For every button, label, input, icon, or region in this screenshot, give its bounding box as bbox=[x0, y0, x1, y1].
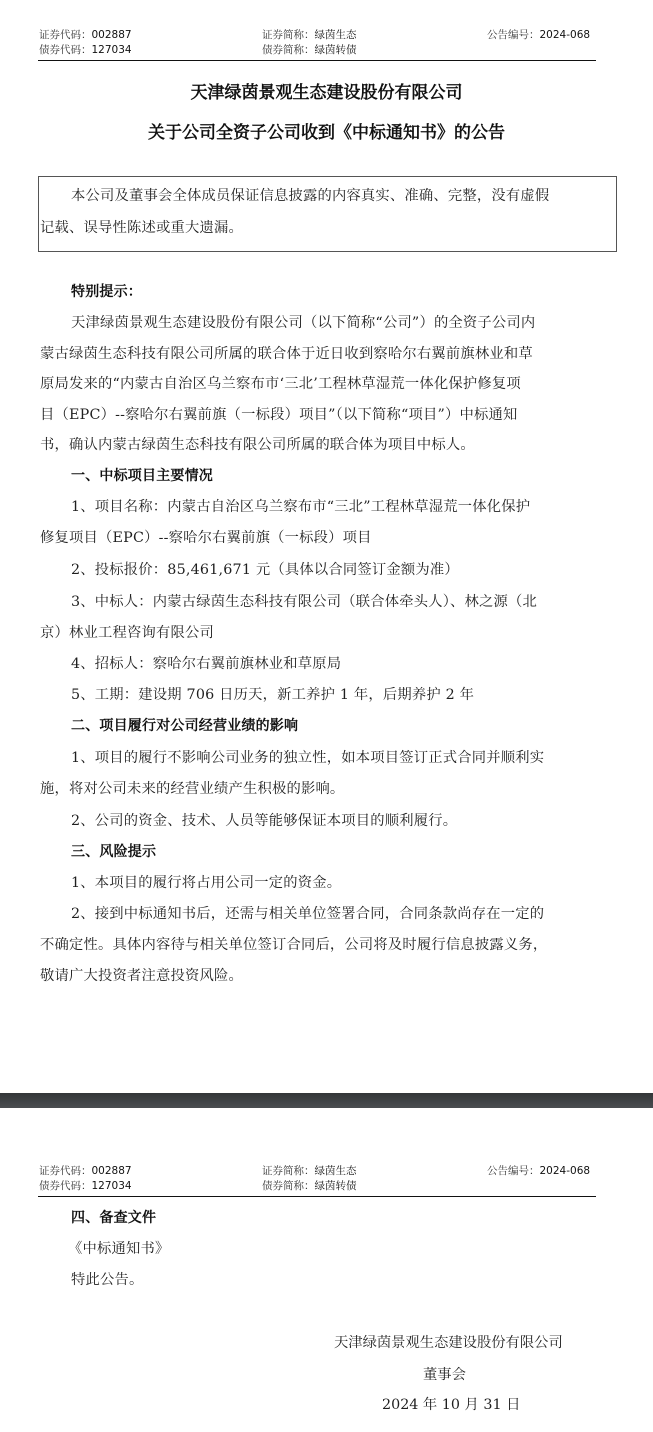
header-divider bbox=[38, 60, 596, 61]
header-divider bbox=[38, 1196, 596, 1197]
section-4-heading: 四、备查文件 bbox=[71, 1209, 156, 1227]
item-line: 1、本项目的履行将占用公司一定的资金。 bbox=[71, 874, 341, 892]
closing-statement: 特此公告。 bbox=[71, 1271, 143, 1289]
signature-company: 天津绿茵景观生态建设股份有限公司 bbox=[334, 1334, 563, 1352]
item-line: 敬请广大投资者注意投资风险。 bbox=[40, 967, 243, 985]
item-line: 京）林业工程咨询有限公司 bbox=[40, 624, 214, 642]
bid-price-line: 2、投标报价：85,461,671 元（具体以合同签订金额为准） bbox=[71, 561, 459, 579]
bond-code: 债券代码：127034 bbox=[39, 1179, 132, 1193]
paragraph-line: 原局发来的“内蒙古自治区乌兰察布市‘三北’工程林草湿荒一体化保护修复项 bbox=[40, 375, 521, 393]
notice-number-value: 2024-068 bbox=[540, 29, 591, 41]
bond-name-value: 绿茵转债 bbox=[315, 1180, 357, 1192]
section-3-heading: 三、风险提示 bbox=[71, 843, 156, 861]
item-line: 4、招标人：察哈尔右翼前旗林业和草原局 bbox=[71, 655, 341, 673]
stock-name: 证券简称：绿茵生态 bbox=[262, 28, 357, 42]
paragraph-line: 书，确认内蒙古绿茵生态科技有限公司所属的联合体为项目中标人。 bbox=[40, 436, 475, 454]
stock-name-value: 绿茵生态 bbox=[315, 1165, 357, 1177]
stock-name-label: 证券简称： bbox=[262, 1165, 315, 1177]
bond-code-value: 127034 bbox=[92, 1180, 132, 1192]
stock-code-label: 证券代码： bbox=[39, 29, 92, 41]
stock-name-label: 证券简称： bbox=[262, 29, 315, 41]
reference-document: 《中标通知书》 bbox=[68, 1240, 169, 1258]
bond-name-label: 债券简称： bbox=[262, 44, 315, 56]
stock-code-label: 证券代码： bbox=[39, 1165, 92, 1177]
notice-number: 公告编号：2024-068 bbox=[487, 1164, 590, 1178]
item-line: 1、项目名称：内蒙古自治区乌兰察布市“三北”工程林草湿荒一体化保护 bbox=[71, 498, 530, 516]
item-line: 3、中标人：内蒙古绿茵生态科技有限公司（联合体牵头人）、林之源（北 bbox=[71, 593, 537, 611]
signature-date: 2024 年 10 月 31 日 bbox=[382, 1396, 520, 1414]
item-line: 施，将对公司未来的经营业绩产生积极的影响。 bbox=[40, 780, 344, 798]
stock-code-value: 002887 bbox=[92, 1165, 132, 1177]
stock-name-value: 绿茵生态 bbox=[315, 29, 357, 41]
disclaimer-line: 本公司及董事会全体成员保证信息披露的内容真实、准确、完整，没有虚假 bbox=[71, 187, 549, 205]
stock-code-value: 002887 bbox=[92, 29, 132, 41]
bond-name: 债券简称：绿茵转债 bbox=[262, 43, 357, 57]
item-line: 2、公司的资金、技术、人员等能够保证本项目的顺利履行。 bbox=[71, 812, 457, 830]
special-notice-heading: 特别提示： bbox=[71, 283, 142, 301]
company-title: 天津绿茵景观生态建设股份有限公司 bbox=[0, 78, 653, 103]
bond-code-label: 债券代码： bbox=[39, 1180, 92, 1192]
stock-code: 证券代码：002887 bbox=[39, 28, 132, 42]
announcement-title: 关于公司全资子公司收到《中标通知书》的公告 bbox=[0, 118, 653, 143]
stock-code: 证券代码：002887 bbox=[39, 1164, 132, 1178]
bond-code: 债券代码：127034 bbox=[39, 43, 132, 57]
section-2-heading: 二、项目履行对公司经营业绩的影响 bbox=[71, 717, 298, 735]
bond-name-value: 绿茵转债 bbox=[315, 44, 357, 56]
page-separator bbox=[0, 1093, 653, 1108]
item-line: 不确定性。具体内容待与相关单位签订合同后，公司将及时履行信息披露义务， bbox=[40, 936, 547, 954]
disclaimer-line: 记载、误导性陈述或重大遗漏。 bbox=[40, 219, 243, 237]
signature-board: 董事会 bbox=[423, 1366, 466, 1384]
item-line: 5、工期：建设期 706 日历天，新工养护 1 年，后期养护 2 年 bbox=[71, 686, 474, 704]
bond-code-label: 债券代码： bbox=[39, 44, 92, 56]
notice-number: 公告编号：2024-068 bbox=[487, 28, 590, 42]
item-line: 修复项目（EPC）--察哈尔右翼前旗（一标段）项目 bbox=[40, 529, 372, 547]
paragraph-line: 天津绿茵景观生态建设股份有限公司（以下简称“公司”）的全资子公司内 bbox=[71, 314, 535, 332]
bond-name: 债券简称：绿茵转债 bbox=[262, 1179, 357, 1193]
item-line: 1、项目的履行不影响公司业务的独立性，如本项目签订正式合同并顺利实 bbox=[71, 749, 544, 767]
paragraph-line: 蒙古绿茵生态科技有限公司所属的联合体于近日收到察哈尔右翼前旗林业和草 bbox=[40, 345, 533, 363]
item-line: 2、接到中标通知书后，还需与相关单位签署合同，合同条款尚存在一定的 bbox=[71, 905, 544, 923]
stock-name: 证券简称：绿茵生态 bbox=[262, 1164, 357, 1178]
notice-number-label: 公告编号： bbox=[487, 29, 540, 41]
bond-name-label: 债券简称： bbox=[262, 1180, 315, 1192]
paragraph-line: 目（EPC）--察哈尔右翼前旗（一标段）项目”（以下简称“项目”）中标通知 bbox=[40, 406, 517, 424]
bond-code-value: 127034 bbox=[92, 44, 132, 56]
notice-number-value: 2024-068 bbox=[540, 1165, 591, 1177]
section-1-heading: 一、中标项目主要情况 bbox=[71, 467, 213, 485]
notice-number-label: 公告编号： bbox=[487, 1165, 540, 1177]
